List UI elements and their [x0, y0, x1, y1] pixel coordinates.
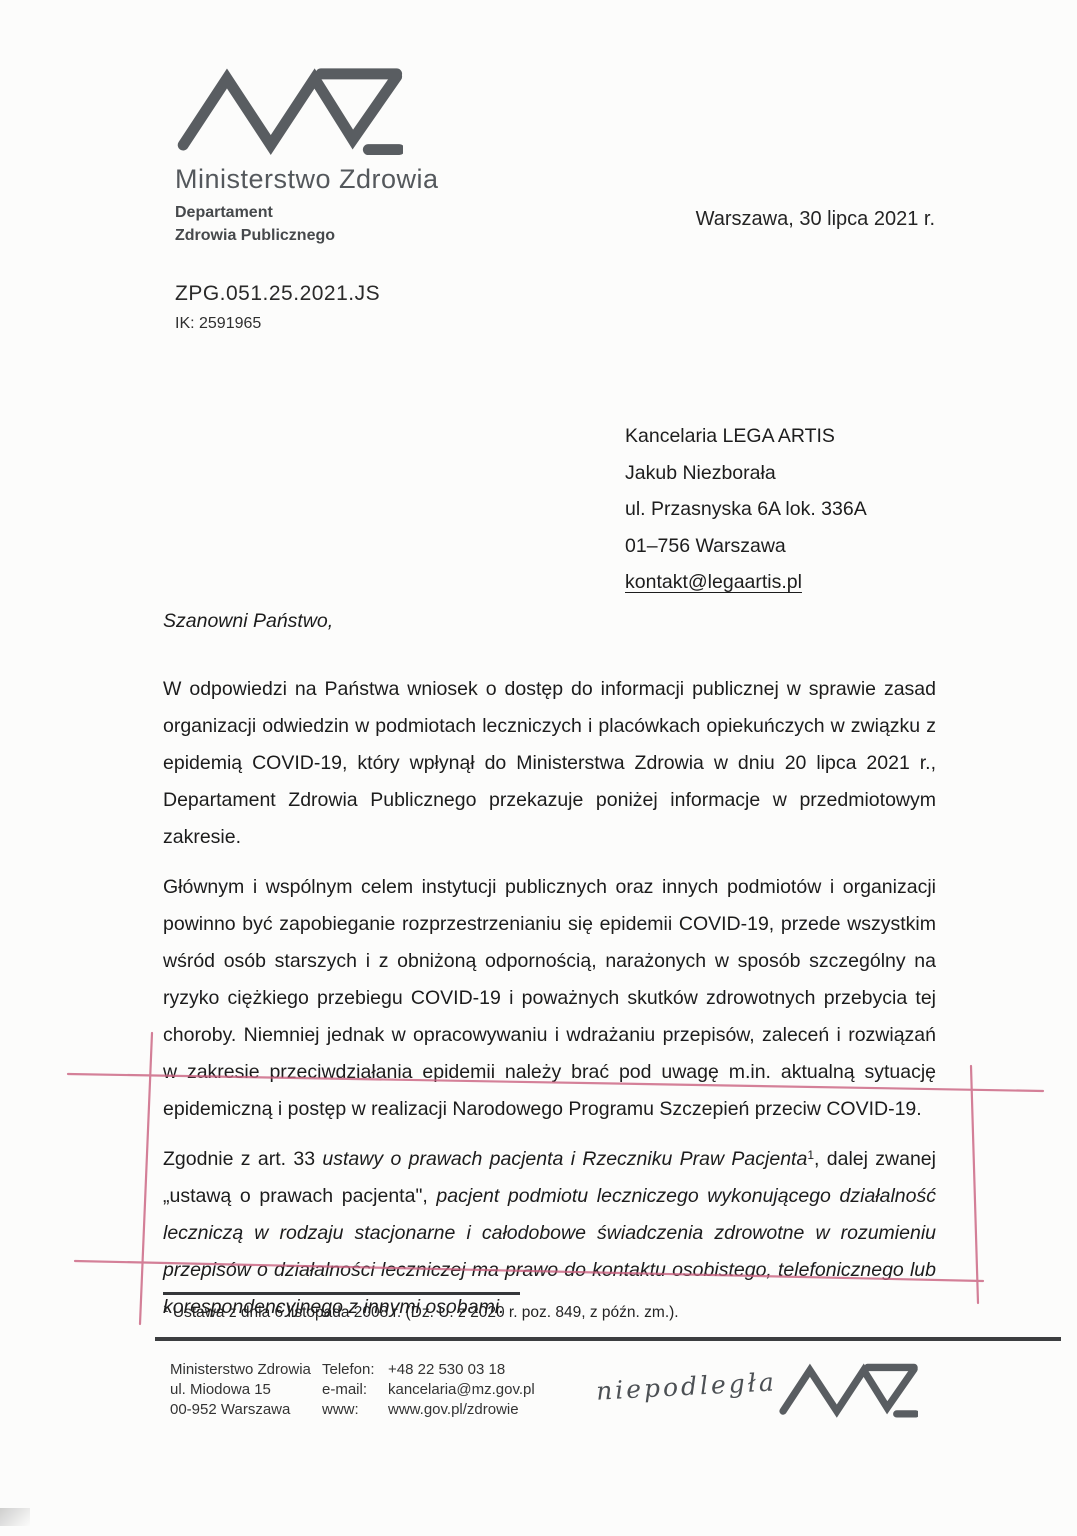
recipient-email: kontakt@legaartis.pl [625, 564, 867, 601]
footer-address-line2: ul. Miodowa 15 [170, 1380, 311, 1400]
paragraph-3: Zgodnie z art. 33 ustawy o prawach pacje… [163, 1141, 936, 1326]
www-value: www.gov.pl/zdrowie [388, 1400, 519, 1420]
recipient-street: ul. Przasnyska 6A lok. 336A [625, 491, 867, 528]
mz-logo-icon [175, 62, 439, 156]
niepodlegla-script-signature: niepodległa [595, 1367, 777, 1405]
letter-body: Szanowni Państwo, W odpowiedzi na Państw… [163, 603, 936, 1339]
email-label: e-mail: [322, 1380, 388, 1400]
department-line1: Departament [175, 201, 439, 224]
paragraph-2: Głównym i wspólnym celem instytucji publ… [163, 869, 936, 1128]
recipient-block: Kancelaria LEGA ARTIS Jakub Niezborała u… [625, 418, 867, 601]
scanned-letter-page: Ministerstwo Zdrowia Departament Zdrowia… [0, 0, 1077, 1536]
footer-address-line3: 00-952 Warszawa [170, 1400, 311, 1420]
ministry-name: Ministerstwo Zdrowia [175, 164, 439, 195]
email-value: kancelaria@mz.gov.pl [388, 1380, 535, 1400]
reference-block: ZPG.051.25.2021.JS IK: 2591965 [175, 282, 380, 333]
paragraph-3-italic-1: ustawy o prawach pacjenta i Rzeczniku Pr… [322, 1148, 807, 1170]
salutation: Szanowni Państwo, [163, 603, 936, 640]
recipient-name: Kancelaria LEGA ARTIS [625, 418, 867, 455]
ik-number: IK: 2591965 [175, 315, 380, 333]
footer-separator [155, 1337, 1061, 1341]
paragraph-1: W odpowiedzi na Państwa wniosek o dostęp… [163, 671, 936, 856]
mz-logo-footer-icon [778, 1360, 918, 1423]
www-label: www: [322, 1400, 388, 1420]
phone-label: Telefon: [322, 1360, 388, 1380]
footer-contacts: Telefon: +48 22 530 03 18 e-mail: kancel… [322, 1360, 535, 1420]
footnote: 1 Ustawa z dnia 6 listopada 2008 r. (Dz.… [163, 1304, 943, 1322]
footnote-separator [163, 1292, 520, 1295]
paragraph-3-roman-1: Zgodnie z art. 33 [163, 1148, 322, 1170]
recipient-attn: Jakub Niezborała [625, 455, 867, 492]
footer-address-line1: Ministerstwo Zdrowia [170, 1360, 311, 1380]
footnote-text: Ustawa z dnia 6 listopada 2008 r. (Dz. U… [169, 1304, 679, 1321]
recipient-city: 01–756 Warszawa [625, 528, 867, 565]
scan-smudge-artifact [0, 1508, 30, 1526]
dateline: Warszawa, 30 lipca 2021 r. [696, 208, 935, 231]
case-number: ZPG.051.25.2021.JS [175, 282, 380, 306]
footer-address: Ministerstwo Zdrowia ul. Miodowa 15 00-9… [170, 1360, 311, 1420]
footnote-reference-mark: 1 [807, 1148, 814, 1162]
letterhead: Ministerstwo Zdrowia Departament Zdrowia… [175, 62, 439, 247]
department-line2: Zdrowia Publicznego [175, 224, 439, 247]
phone-value: +48 22 530 03 18 [388, 1360, 505, 1380]
